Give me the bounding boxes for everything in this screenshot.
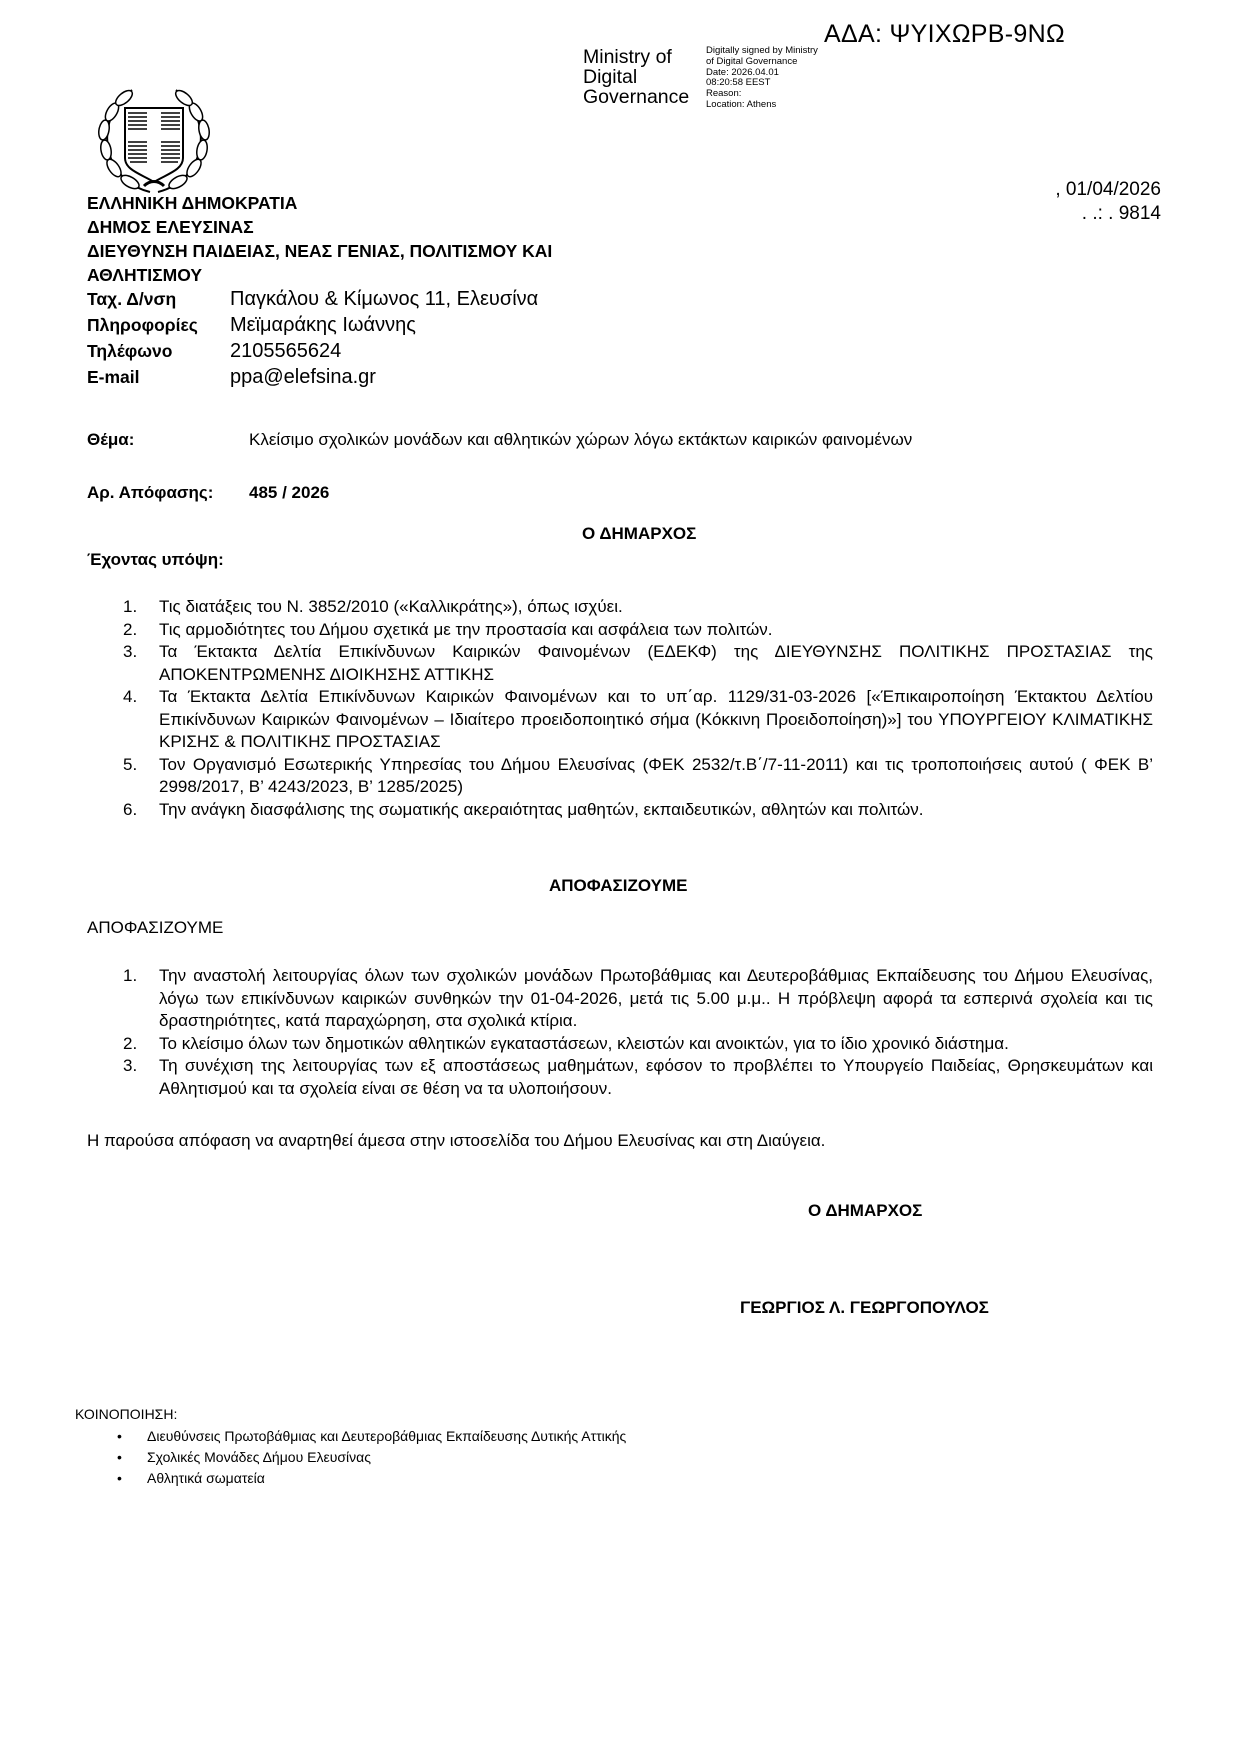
signature-title: Ο ΔΗΜΑΡΧΟΣ: [808, 1201, 922, 1221]
decide-item: 2.Το κλείσιμο όλων των δημοτικών αθλητικ…: [123, 1033, 1153, 1056]
item-text: Τις αρμοδιότητες του Δήμου σχετικά με τη…: [159, 619, 1153, 642]
item-number: 4.: [123, 686, 159, 754]
notification-heading: ΚΟΙΝΟΠΟΙΗΣΗ:: [75, 1406, 626, 1422]
contact-label: Πληροφορίες: [87, 315, 230, 336]
item-number: 2.: [123, 619, 159, 642]
signature-line: of Digital Governance: [706, 57, 818, 68]
signature-name: ΓΕΩΡΓΙΟΣ Λ. ΓΕΩΡΓΟΠΟΥΛΟΣ: [740, 1298, 989, 1318]
notification-item: •Σχολικές Μονάδες Δήμου Ελευσίνας: [75, 1447, 626, 1468]
item-text: Τα Έκτακτα Δελτία Επικίνδυνων Καιρικών Φ…: [159, 686, 1153, 754]
contact-value: Μεϊμαράκης Ιωάννης: [230, 314, 416, 337]
contact-address: Ταχ. Δ/νση Παγκάλου & Κίμωνος 11, Ελευσί…: [87, 288, 538, 314]
considering-item: 3.Τα Έκτακτα Δελτία Επικίνδυνων Καιρικών…: [123, 641, 1153, 686]
item-number: 5.: [123, 754, 159, 799]
header-line: ΑΘΛΗΤΙΣΜΟΥ: [87, 263, 647, 287]
item-text: Τη συνέχιση της λειτουργίας των εξ αποστ…: [159, 1055, 1153, 1100]
contact-info: Ταχ. Δ/νση Παγκάλου & Κίμωνος 11, Ελευσί…: [87, 288, 538, 392]
contact-info-person: Πληροφορίες Μεϊμαράκης Ιωάννης: [87, 314, 538, 340]
signature-location: Location: Athens: [706, 100, 818, 111]
item-text: Τις διατάξεις του Ν. 3852/2010 («Καλλικρ…: [159, 596, 1153, 619]
header-line: ΔΙΕΥΘΥΝΣΗ ΠΑΙΔΕΙΑΣ, ΝΕΑΣ ΓΕΝΙΑΣ, ΠΟΛΙΤΙΣ…: [87, 239, 647, 263]
contact-value: 2105565624: [230, 340, 341, 363]
item-number: 3.: [123, 1055, 159, 1100]
item-text: Τα Έκτακτα Δελτία Επικίνδυνων Καιρικών Φ…: [159, 641, 1153, 686]
decide-heading-left: ΑΠΟΦΑΣΙΖΟΥΜΕ: [87, 918, 223, 938]
item-text: Την ανάγκη διασφάλισης της σωματικής ακε…: [159, 799, 1153, 822]
decision-number-row: Αρ. Απόφασης: 485 / 2026: [87, 483, 329, 503]
subject-row: Θέμα: Κλείσιμο σχολικών μονάδων και αθλη…: [87, 430, 912, 450]
header-line: ΕΛΛΗΝΙΚΗ ΔΗΜΟΚΡΑΤΙΑ: [87, 191, 647, 215]
notification-list: •Διευθύνσεις Πρωτοβάθμιας και Δευτεροβάθ…: [75, 1426, 626, 1489]
decision-number-label: Αρ. Απόφασης:: [87, 483, 249, 503]
signer-line: Digital: [583, 67, 689, 87]
item-number: 3.: [123, 641, 159, 686]
item-number: 2.: [123, 1033, 159, 1056]
contact-value: ppa@elefsina.gr: [230, 366, 376, 389]
considering-item: 4.Τα Έκτακτα Δελτία Επικίνδυνων Καιρικών…: [123, 686, 1153, 754]
document-date: , 01/04/2026: [1055, 178, 1161, 202]
notification-text: Διευθύνσεις Πρωτοβάθμιας και Δευτεροβάθμ…: [147, 1426, 626, 1447]
item-text: Το κλείσιμο όλων των δημοτικών αθλητικών…: [159, 1033, 1153, 1056]
item-number: 1.: [123, 596, 159, 619]
ada-code: ΑΔΑ: ΨΥΙΧΩΡΒ-9ΝΩ: [824, 20, 1065, 49]
signer-line: Ministry of: [583, 47, 689, 67]
decision-list: 1.Την αναστολή λειτουργίας όλων των σχολ…: [123, 965, 1153, 1100]
bullet-icon: •: [75, 1468, 147, 1489]
bullet-icon: •: [75, 1447, 147, 1468]
considering-list: 1.Τις διατάξεις του Ν. 3852/2010 («Καλλι…: [123, 596, 1153, 821]
notification-item: •Διευθύνσεις Πρωτοβάθμιας και Δευτεροβάθ…: [75, 1426, 626, 1447]
decide-item: 3.Τη συνέχιση της λειτουργίας των εξ απο…: [123, 1055, 1153, 1100]
signer-name: Ministry of Digital Governance: [583, 47, 689, 107]
contact-phone: Τηλέφωνο 2105565624: [87, 340, 538, 366]
issuer-header: ΕΛΛΗΝΙΚΗ ΔΗΜΟΚΡΑΤΙΑ ΔΗΜΟΣ ΕΛΕΥΣΙΝΑΣ ΔΙΕΥ…: [87, 191, 647, 287]
bullet-icon: •: [75, 1426, 147, 1447]
publish-note: Η παρούσα απόφαση να αναρτηθεί άμεσα στη…: [87, 1131, 825, 1151]
considering-heading: Έχοντας υπόψη:: [87, 550, 224, 570]
decide-item: 1.Την αναστολή λειτουργίας όλων των σχολ…: [123, 965, 1153, 1033]
considering-item: 2.Τις αρμοδιότητες του Δήμου σχετικά με …: [123, 619, 1153, 642]
contact-value: Παγκάλου & Κίμωνος 11, Ελευσίνα: [230, 288, 538, 311]
item-number: 6.: [123, 799, 159, 822]
decide-heading-center: ΑΠΟΦΑΣΙΖΟΥΜΕ: [549, 876, 687, 896]
contact-label: Τηλέφωνο: [87, 341, 230, 362]
signer-line: Governance: [583, 87, 689, 107]
digital-signature-details: Digitally signed by Ministry of Digital …: [706, 46, 818, 111]
item-number: 1.: [123, 965, 159, 1033]
notification-text: Αθλητικά σωματεία: [147, 1468, 265, 1489]
considering-item: 6.Την ανάγκη διασφάλισης της σωματικής α…: [123, 799, 1153, 822]
subject-label: Θέμα:: [87, 430, 249, 450]
considering-item: 1.Τις διατάξεις του Ν. 3852/2010 («Καλλι…: [123, 596, 1153, 619]
protocol-number: . .: . 9814: [1055, 202, 1161, 226]
date-block: , 01/04/2026 . .: . 9814: [1055, 178, 1161, 226]
notification-text: Σχολικές Μονάδες Δήμου Ελευσίνας: [147, 1447, 371, 1468]
contact-label: Ταχ. Δ/νση: [87, 289, 230, 310]
subject-text: Κλείσιμο σχολικών μονάδων και αθλητικών …: [249, 430, 912, 450]
considering-item: 5.Τον Οργανισμό Εσωτερικής Υπηρεσίας του…: [123, 754, 1153, 799]
contact-email: E-mail ppa@elefsina.gr: [87, 366, 538, 392]
notification-item: •Αθλητικά σωματεία: [75, 1468, 626, 1489]
contact-label: E-mail: [87, 367, 230, 388]
notification-block: ΚΟΙΝΟΠΟΙΗΣΗ: •Διευθύνσεις Πρωτοβάθμιας κ…: [75, 1406, 626, 1489]
item-text: Τον Οργανισμό Εσωτερικής Υπηρεσίας του Δ…: [159, 754, 1153, 799]
decision-number-value: 485 / 2026: [249, 483, 329, 503]
greek-coat-of-arms-icon: [92, 80, 216, 198]
header-line: ΔΗΜΟΣ ΕΛΕΥΣΙΝΑΣ: [87, 215, 647, 239]
item-text: Την αναστολή λειτουργίας όλων των σχολικ…: [159, 965, 1153, 1033]
mayor-heading: Ο ΔΗΜΑΡΧΟΣ: [582, 524, 696, 544]
